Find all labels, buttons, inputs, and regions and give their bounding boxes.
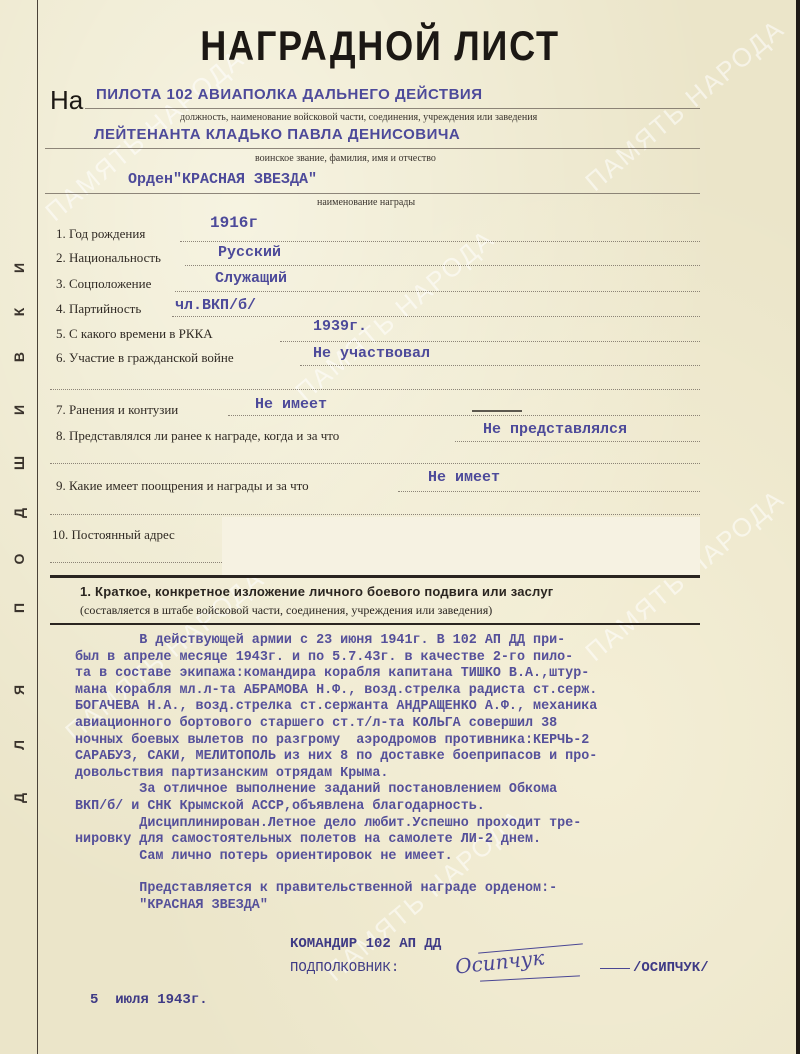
field-label-rkka-since: 5. С какого времени в РККА [56,326,213,342]
citation-line: Представляется к правительственной награ… [75,881,775,898]
rule [45,148,700,149]
rank-name-caption: воинское звание, фамилия, имя и отчество [255,153,436,164]
commander-title: КОМАНДИР 102 АП ДД [290,936,441,952]
page-edge [796,0,800,1054]
field-label-social-status: 3. Соцположение [56,276,151,292]
redacted-address [222,517,700,575]
rule [85,108,700,109]
field-value-commendations: Не имеет [428,469,500,486]
citation-line: Сам лично потерь ориентировок не имеет. [75,849,775,866]
citation-line: был в апреле месяце 1943г. и по 5.7.43г.… [75,650,775,667]
margin-letter: И [11,401,27,419]
rule [228,415,700,416]
margin-letter: К [11,303,27,321]
section-heading: 1. Краткое, конкретное изложение личного… [80,584,553,599]
commander-rank: ПОДПОЛКОВНИК: [290,960,399,976]
margin-letter: О [11,550,27,568]
binding-margin-line [37,0,38,1054]
field-value-rkka-since: 1939г. [313,318,367,335]
rule [172,316,700,317]
field-label-wounds: 7. Ранения и контузии [56,402,178,418]
field-value-party: чл.ВКП/б/ [175,297,256,314]
rule [280,341,700,342]
page-title: НАГРАДНОЙ ЛИСТ [53,22,707,70]
margin-letter: Л [11,736,27,754]
margin-letter: Я [11,681,27,699]
citation-line: За отличное выполнение заданий постановл… [75,782,775,799]
rule-mark [472,410,522,412]
rule [300,365,700,366]
rule [45,193,700,194]
margin-letter: Д [11,789,27,807]
field-value-birth-year: 1916г [210,214,258,232]
section-divider [50,575,700,578]
rule [455,441,700,442]
na-label: На [50,85,83,116]
position-value: ПИЛОТА 102 АВИАПОЛКА ДАЛЬНЕГО ДЕЙСТВИЯ [96,86,482,103]
margin-letter: И [11,259,27,277]
margin-letter: Д [11,504,27,522]
field-label-birth-year: 1. Год рождения [56,226,145,242]
signature-dash [600,968,630,969]
field-label-nationality: 2. Национальность [56,250,161,266]
field-value-social-status: Служащий [215,270,287,287]
field-value-nationality: Русский [218,244,281,261]
section-divider [50,623,700,625]
citation-line: мана корабля мл.л-та АБРАМОВА Н.Ф., возд… [75,683,775,700]
rule [50,463,700,464]
field-label-party: 4. Партийность [56,301,141,317]
field-value-previous-awards: Не представлялся [483,421,627,438]
rank-name-value: ЛЕЙТЕНАНТА КЛАДЬКО ПАВЛА ДЕНИСОВИЧА [94,126,460,143]
rule [180,241,700,242]
rule [175,291,700,292]
position-caption: должность, наименование войсковой части,… [180,112,537,123]
field-value-wounds: Не имеет [255,396,327,413]
citation-line: довольствия партизанским отрядам Крыма. [75,766,775,783]
citation-line: САРАБУЗ, САКИ, МЕЛИТОПОЛЬ из них 8 по до… [75,749,775,766]
citation-line: ВКП/б/ и СНК Крымской АССР,объявлена бла… [75,799,775,816]
citation-line: ночных боевых вылетов по разгрому аэродр… [75,733,775,750]
field-label-commendations: 9. Какие имеет поощрения и награды и за … [56,478,309,494]
rule [50,389,700,390]
section-subheading: (составляется в штабе войсковой части, с… [80,603,492,618]
citation-line: БОГАЧЕВА Н.А., возд.стрелка ст.сержанта … [75,699,775,716]
margin-letter: Ш [11,454,27,472]
commander-name: /ОСИПЧУК/ [633,960,709,976]
field-label-address: 10. Постоянный адрес [52,527,175,543]
rule [398,491,700,492]
rule [50,514,700,515]
margin-letter: П [11,599,27,617]
citation-line: Дисциплинирован.Летное дело любит.Успешн… [75,816,775,833]
citation-line: та в составе экипажа:командира корабля к… [75,666,775,683]
citation-line [75,865,775,881]
citation-line: нировку для самостоятельных полетов на с… [75,832,775,849]
citation-text: В действующей армии с 23 июня 1941г. В 1… [75,633,775,915]
award-caption: наименование награды [317,197,415,208]
citation-line: "КРАСНАЯ ЗВЕЗДА" [75,898,775,915]
rule [185,265,700,266]
field-label-previous-awards: 8. Представлялся ли ранее к награде, ког… [56,428,339,444]
award-value: Орден"КРАСНАЯ ЗВЕЗДА" [128,171,317,188]
rule [50,562,222,563]
field-label-civil-war: 6. Участие в гражданской войне [56,350,234,366]
margin-letter: В [11,348,27,366]
citation-line: В действующей армии с 23 июня 1941г. В 1… [75,633,775,650]
field-value-civil-war: Не участвовал [313,345,430,362]
document-date: 5 июля 1943г. [90,992,208,1008]
citation-line: авиационного бортового старшего ст.т/л-т… [75,716,775,733]
